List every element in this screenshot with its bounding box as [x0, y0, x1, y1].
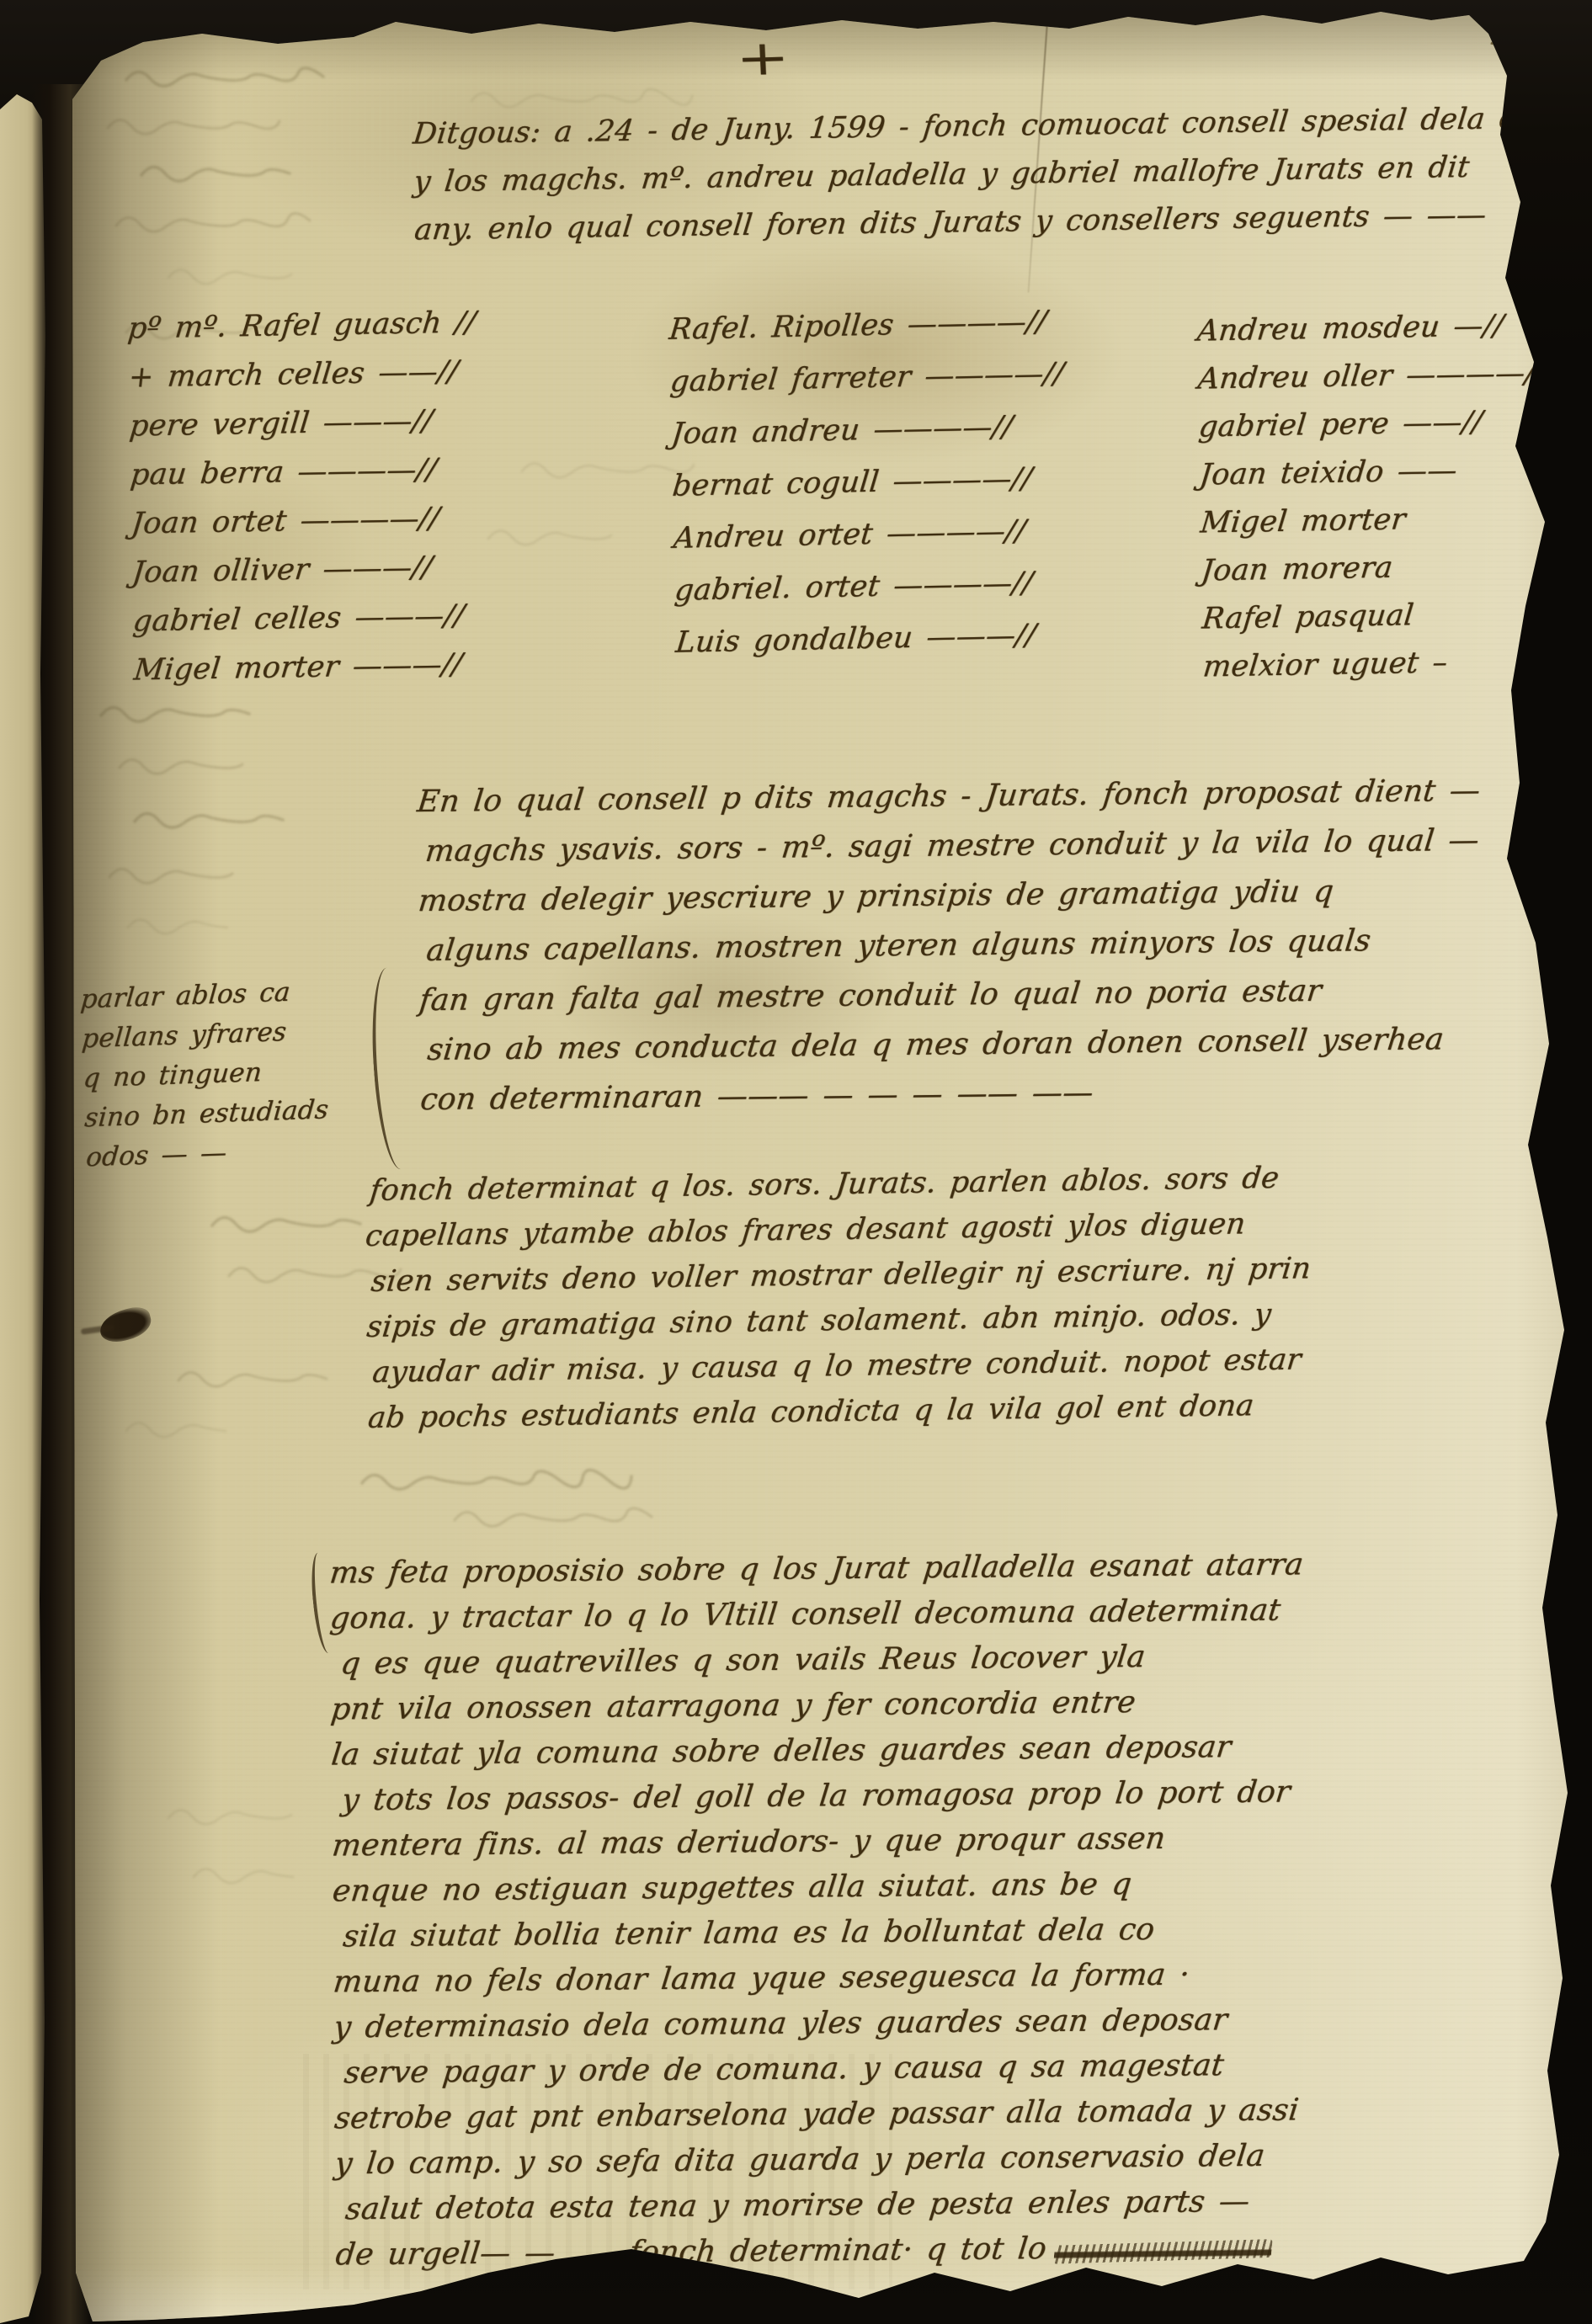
tarragona-paragraph: ms feta proposisio sobre q los Jurat pal…: [327, 1540, 1579, 2279]
invocation-cross-mark: +: [734, 29, 791, 86]
manuscript-page: + 211 Ditgous: a .24 - de Juny. 1599 - f…: [0, 0, 1592, 2324]
attendee-column-3: Andreu mosdeu —// Andreu oller ————// ga…: [1194, 301, 1548, 691]
attendee-column-1: pº mº. Rafel guasch // + march celles ——…: [125, 298, 479, 694]
attendee-name: Joan ortet ————//: [129, 493, 482, 548]
manuscript-final-line: de urgell— —fonch determinat· q tot lo: [333, 2221, 1584, 2278]
attendee-name: pau berra ————//: [128, 444, 481, 499]
final-line-determination: fonch determinat· q tot lo: [627, 2231, 1048, 2269]
attendee-name: Andreu oller ————//: [1195, 349, 1548, 403]
attendee-name: Andreu ortet ————//: [671, 504, 1070, 565]
determination-paragraph: fonch determinat q los. sors. Jurats. pa…: [362, 1151, 1569, 1441]
folio-number: 211: [1489, 18, 1552, 61]
attendee-name: Luis gondalbeu ———//: [674, 609, 1073, 669]
attendee-name: Migel morter ———//: [131, 640, 484, 694]
session-header-paragraph: Ditgous: a .24 - de Juny. 1599 - fonch c…: [410, 95, 1557, 255]
attendee-name: Migel morter: [1198, 493, 1551, 547]
marginal-note: parlar ablos ca pellans yfrares q no tin…: [77, 970, 396, 1178]
attendee-name: Rafel. Ripolles ————//: [667, 295, 1066, 356]
attendee-name: Rafel pasqual: [1200, 589, 1552, 643]
attendee-name: Andreu mosdeu —//: [1195, 301, 1547, 355]
attendee-column-2: Rafel. Ripolles ————// gabriel farreter …: [666, 295, 1068, 669]
proposal-paragraph: En lo qual consell p dits magchs - Jurat…: [414, 765, 1563, 1125]
attendee-name: + march celles ——//: [126, 347, 479, 402]
final-line-prefix: de urgell— —: [334, 2236, 557, 2272]
attendee-name: melxior uguet –: [1201, 637, 1553, 691]
attendee-name: Joan teixido ——: [1197, 445, 1550, 499]
attendee-name: Joan andreu ————//: [668, 400, 1068, 460]
attendee-name: gabriel pere ——//: [1196, 397, 1549, 451]
struck-out-text: [1053, 2239, 1273, 2264]
attendee-name: gabriel. ortet ————//: [672, 556, 1071, 617]
attendee-name: bernat cogull ————//: [670, 452, 1069, 513]
attendee-name: pere vergill ———//: [127, 396, 480, 450]
attendee-name: pº mº. Rafel guasch //: [125, 298, 478, 353]
attendee-name: gabriel farreter ————//: [668, 348, 1067, 408]
attendee-name: Joan morera: [1199, 541, 1552, 595]
manuscript-photo: + 211 Ditgous: a .24 - de Juny. 1599 - f…: [0, 0, 1592, 2324]
attendee-name: gabriel celles ———//: [130, 591, 483, 646]
attendee-name: Joan olliver ———//: [130, 542, 482, 597]
